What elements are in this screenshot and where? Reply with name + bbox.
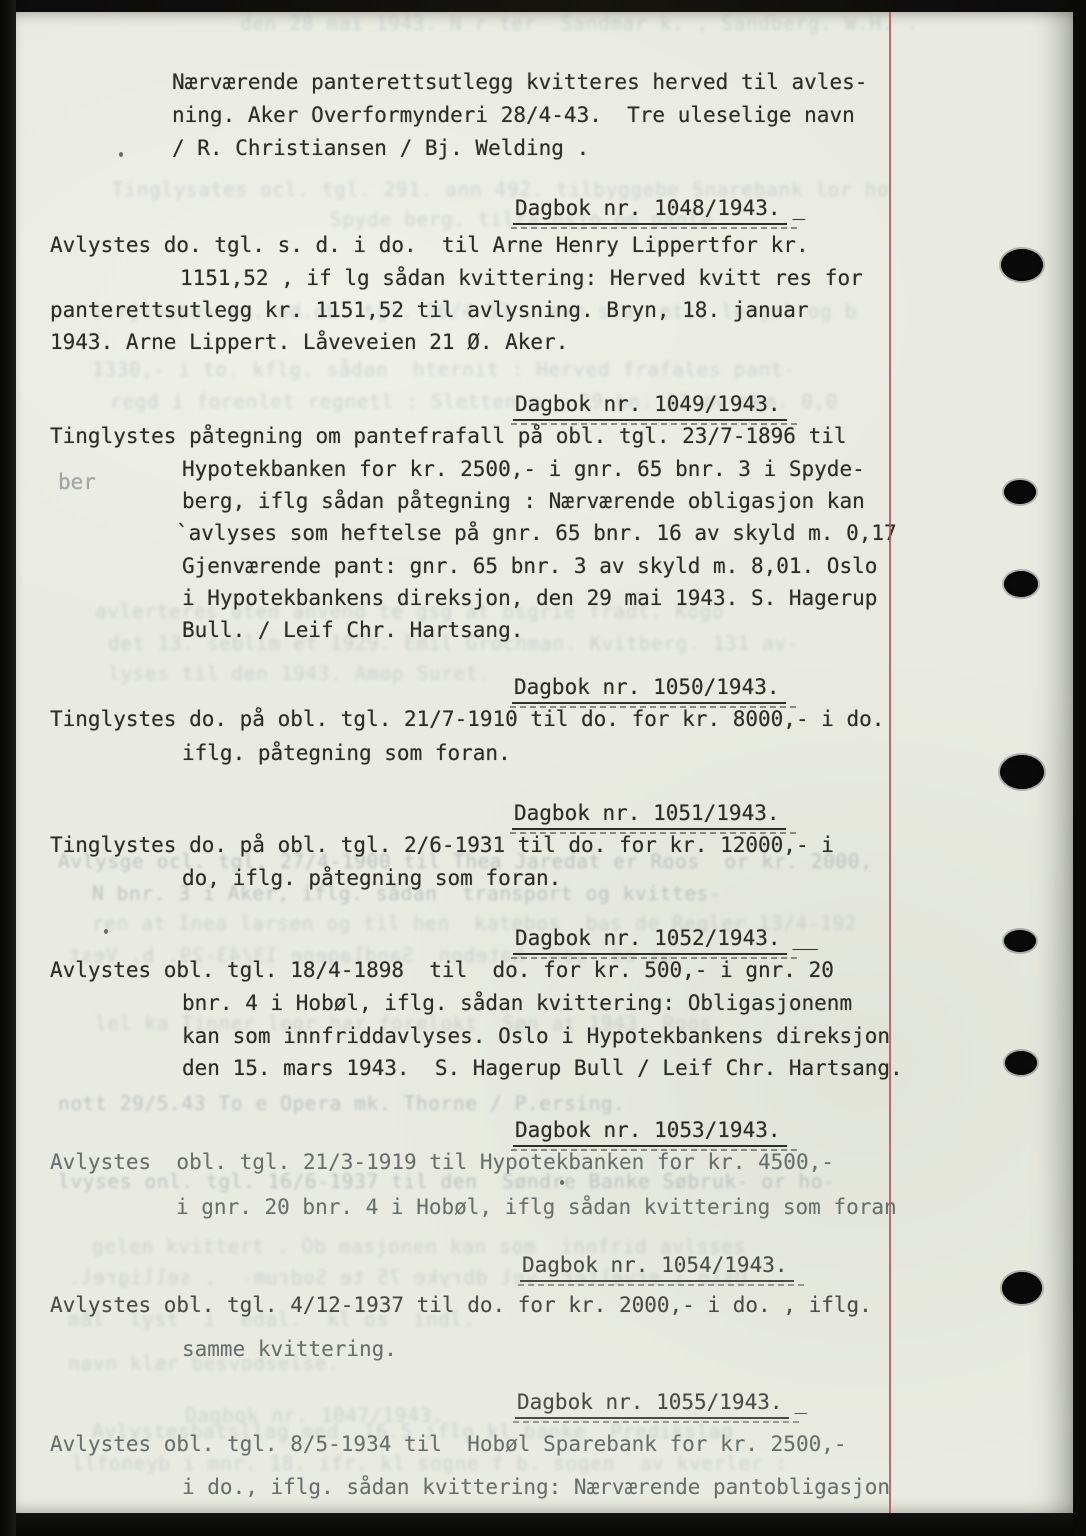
scanned-page: den 28 mai 1943. N r ter Sandmar k. , Sa… [0,0,1086,1536]
paper-sheet: den 28 mai 1943. N r ter Sandmar k. , Sa… [16,12,1073,1513]
scan-border-left [0,0,16,1536]
specks-layer [0,0,1086,1536]
ink-speck [104,929,108,934]
ink-speck [560,1180,564,1185]
scan-border-top [0,0,1086,12]
ink-speck [119,152,123,157]
scan-border-bottom [0,1513,1086,1536]
scan-border-right [1073,0,1086,1536]
